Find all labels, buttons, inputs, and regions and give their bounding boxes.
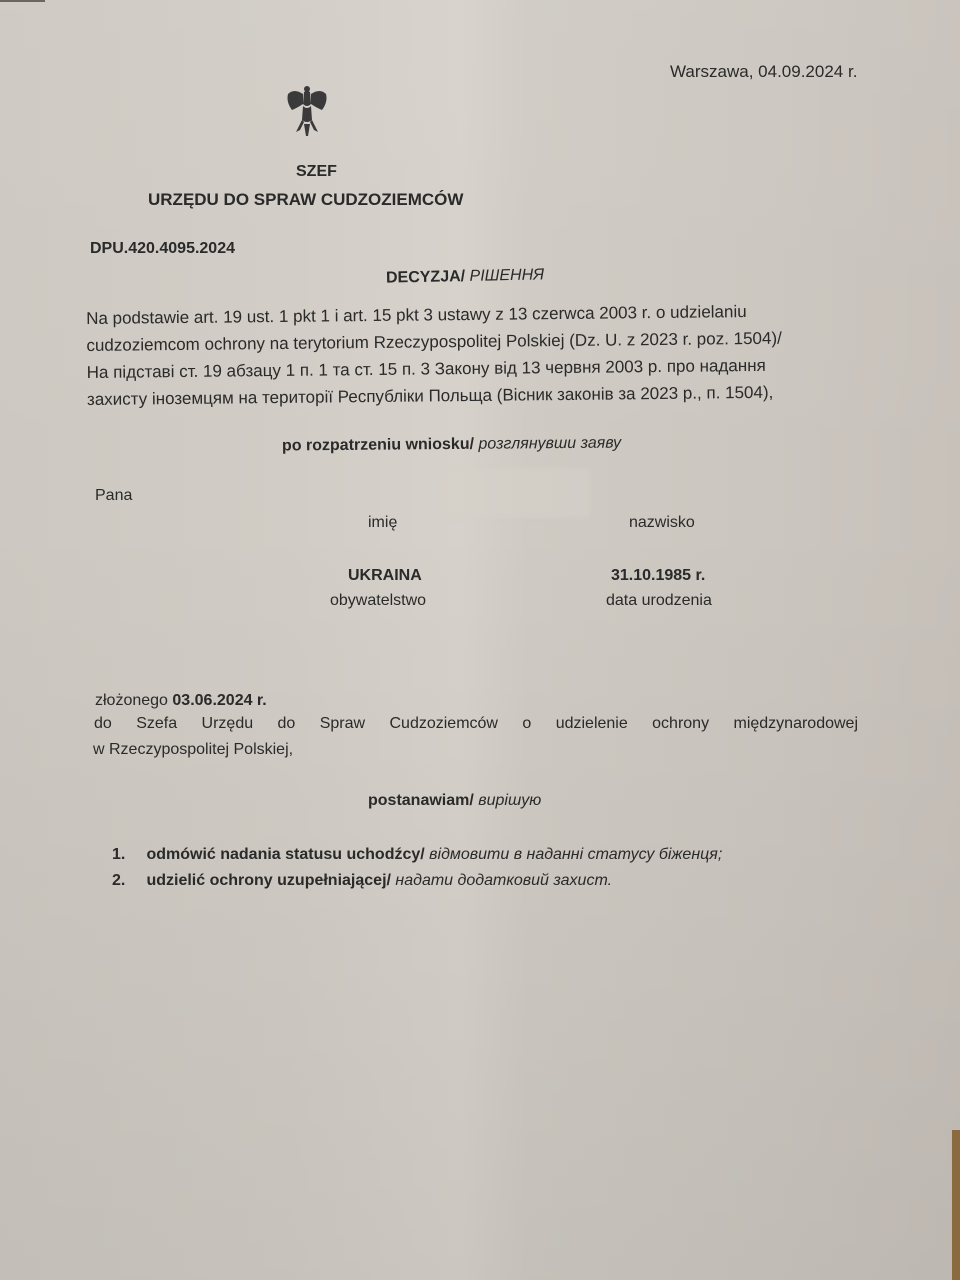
citizenship-label: obywatelstwo <box>330 592 426 610</box>
after-review-polish: po rozpatrzeniu wniosku/ <box>282 436 474 455</box>
application-recipient: do Szefa Urzędu do Spraw Cudzoziemców o … <box>94 715 858 733</box>
place-and-date: Warszawa, 04.09.2024 r. <box>670 62 857 82</box>
resolution-heading: postanawiam/ вирішую <box>368 792 541 810</box>
decision-number: 2. <box>112 872 142 890</box>
title-polish: DECYZJA/ <box>386 268 465 287</box>
legal-basis: Na podstawie art. 19 ust. 1 pkt 1 i art.… <box>86 297 867 413</box>
document-title: DECYZJA/ РІШЕННЯ <box>386 266 544 287</box>
table-surface <box>952 1130 960 1280</box>
polish-eagle-emblem-icon <box>284 82 330 138</box>
page-edge-shadow <box>0 0 45 2</box>
decision-ukrainian: відмовити в наданні статусу біженця; <box>429 846 722 863</box>
birth-date-label: data urodzenia <box>606 592 712 610</box>
birth-date-value: 31.10.1985 r. <box>611 567 705 585</box>
after-review-line: po rozpatrzeniu wniosku/ розглянувши зая… <box>282 435 621 456</box>
document-page <box>0 0 960 1280</box>
resolution-polish: postanawiam/ <box>368 792 474 809</box>
decision-ukrainian: надати додатковий захист. <box>395 872 612 889</box>
decision-polish: odmówić nadania statusu uchodźcy/ <box>146 846 424 863</box>
authority-office: URZĘDU DO SPRAW CUDZOZIEMCÓW <box>148 190 463 210</box>
salutation: Pana <box>95 487 132 505</box>
resolution-ukrainian: вирішую <box>478 792 541 809</box>
decision-polish: udzielić ochrony uzupełniającej/ <box>146 872 391 889</box>
last-name-label: nazwisko <box>629 514 695 532</box>
application-recipient-line2: w Rzeczypospolitej Polskiej, <box>93 741 293 759</box>
title-ukrainian: РІШЕННЯ <box>469 266 544 285</box>
after-review-ukrainian: розглянувши заяву <box>478 435 621 453</box>
decision-number: 1. <box>112 846 142 864</box>
reference-number: DPU.420.4095.2024 <box>90 240 235 258</box>
redacted-name <box>440 468 590 518</box>
filed-prefix: złożonego <box>95 692 168 709</box>
filed-line: złożonego 03.06.2024 r. <box>95 692 267 710</box>
citizenship-value: UKRAINA <box>348 567 422 585</box>
decision-item: 1. odmówić nadania statusu uchodźcy/ від… <box>112 846 722 864</box>
filed-date: 03.06.2024 r. <box>172 692 266 709</box>
first-name-label: imię <box>368 514 397 532</box>
decision-item: 2. udzielić ochrony uzupełniającej/ нада… <box>112 872 612 890</box>
authority-title: SZEF <box>296 163 337 181</box>
